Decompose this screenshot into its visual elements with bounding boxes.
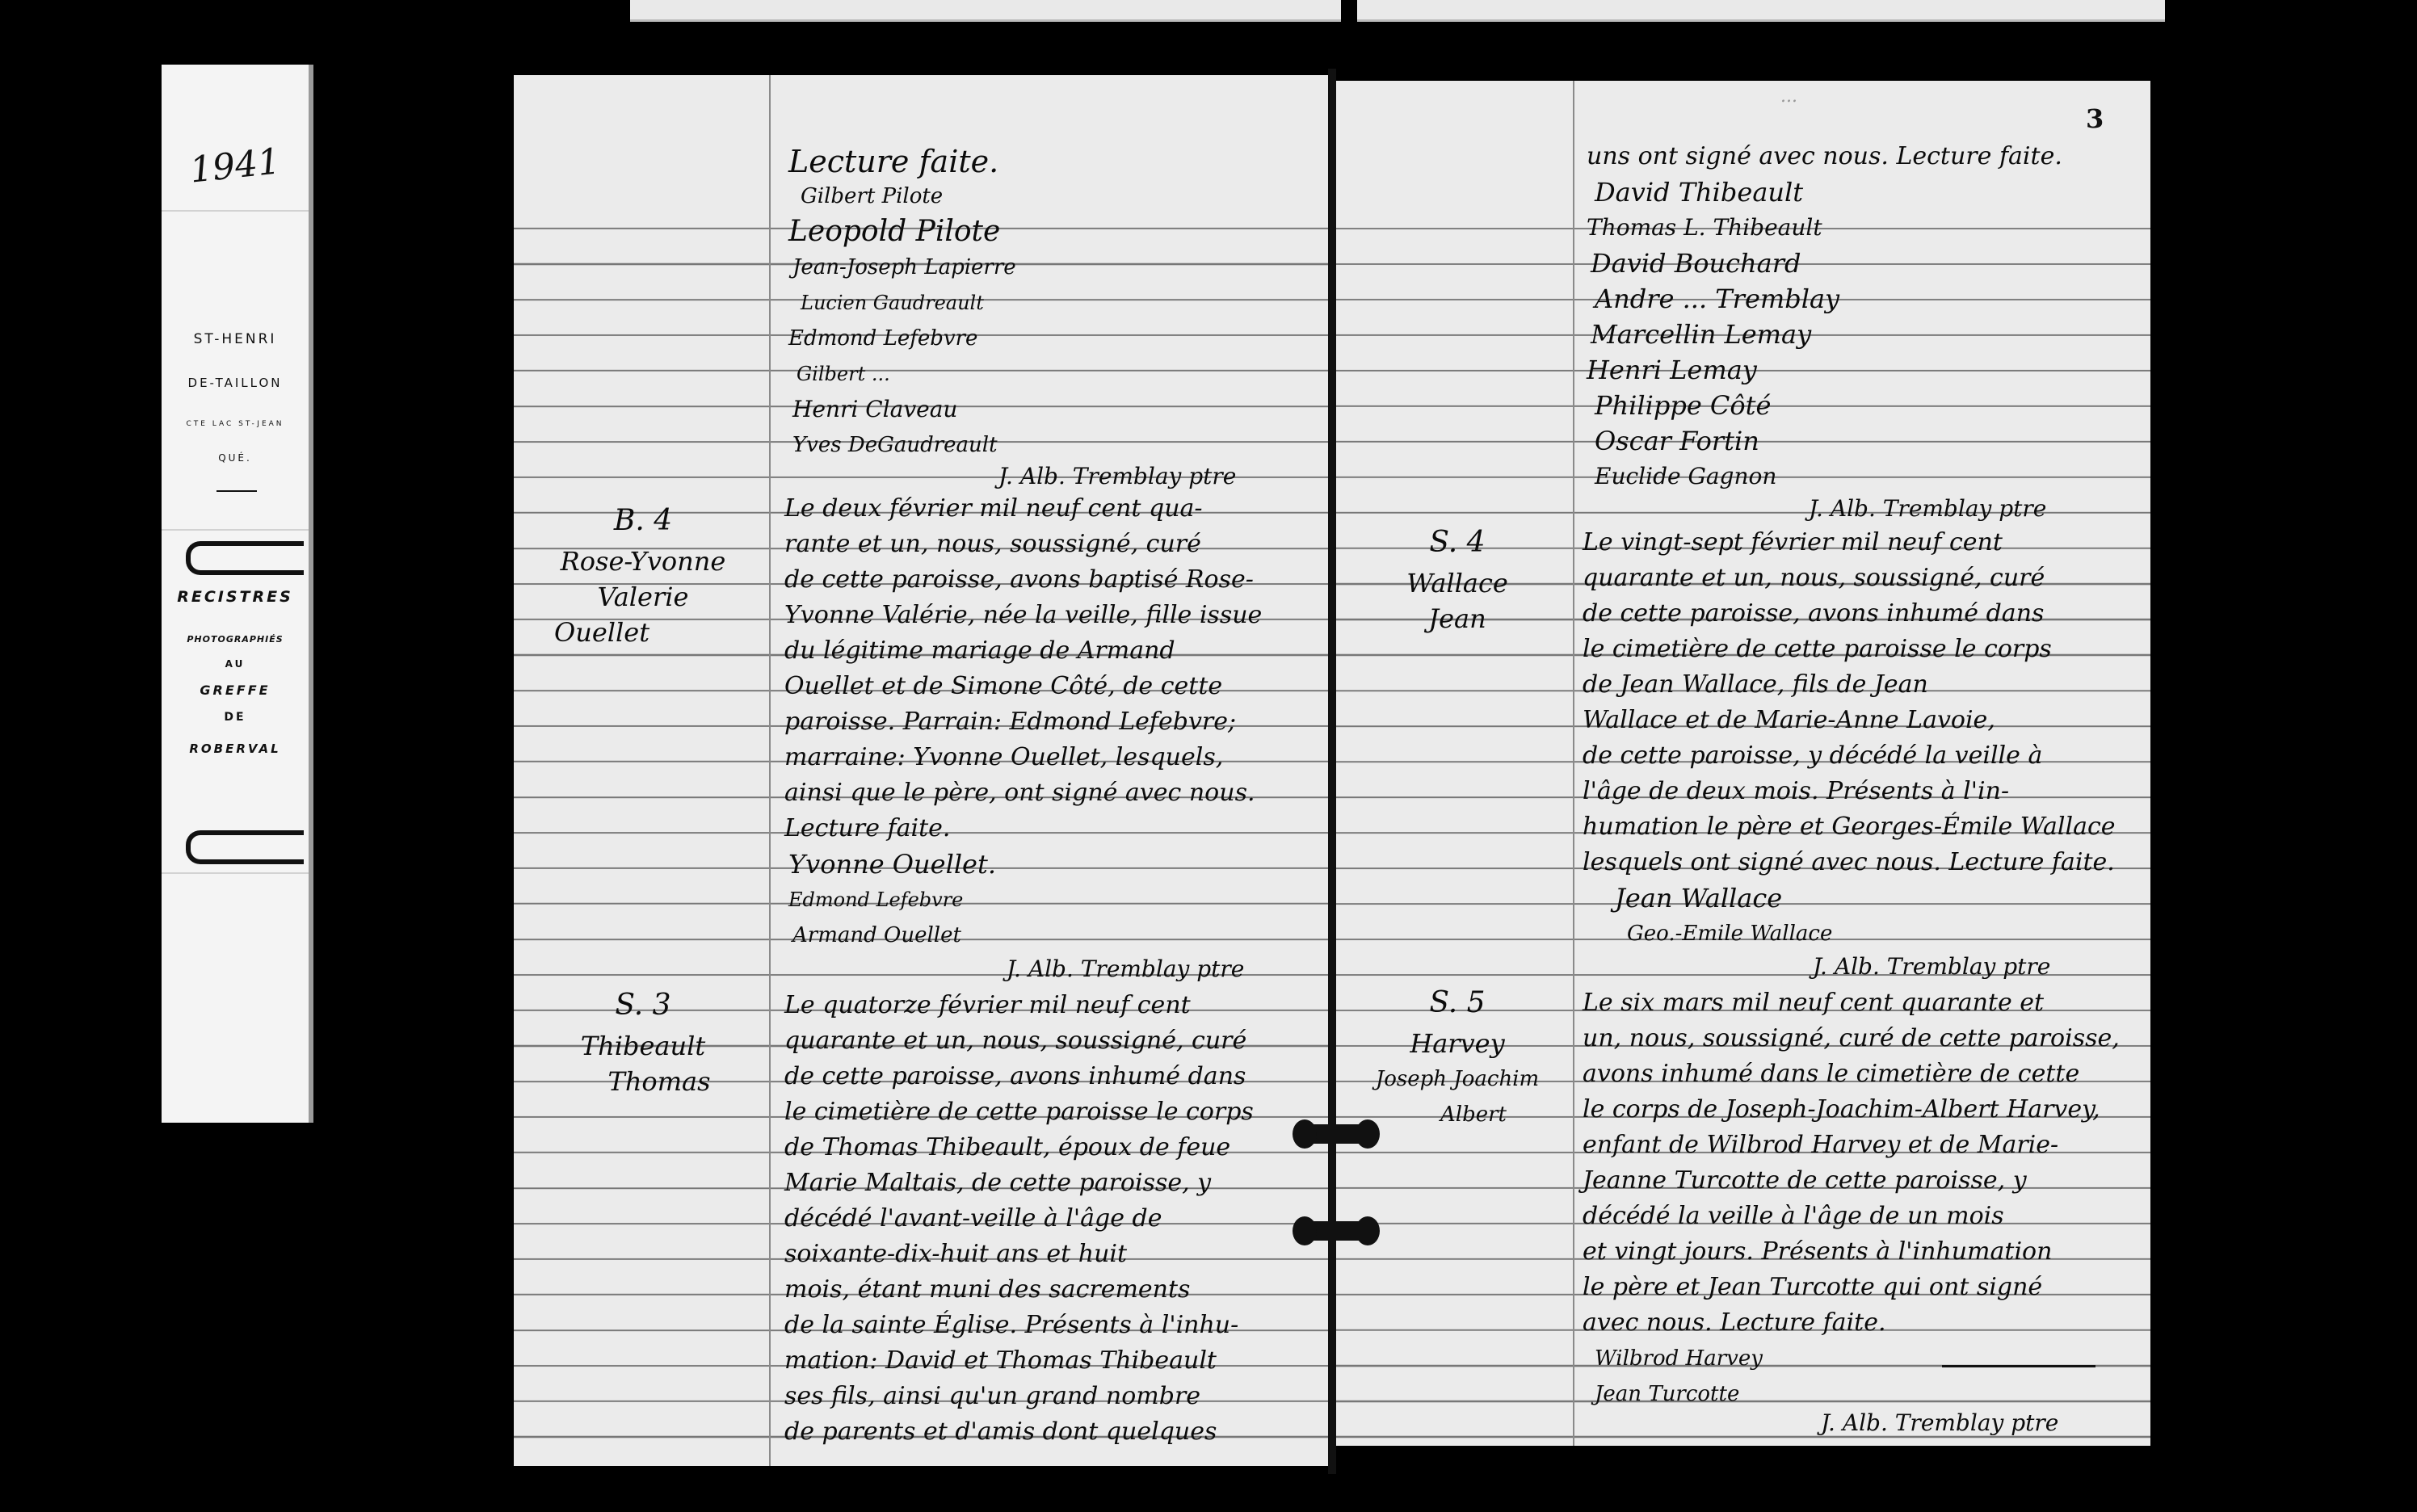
entry-line: de cette paroisse, avons inhumé dans <box>784 1059 1254 1094</box>
signature: Wilbrod Harvey <box>1595 1341 1763 1376</box>
entry-margin-name: Wallace <box>1352 565 1562 601</box>
label-year: 1941 <box>160 138 310 195</box>
entry-line: de Jean Wallace, fils de Jean <box>1583 667 2116 703</box>
archive-label-strip: 1941 ST-HENRI DE-TAILLON CTE LAC ST-JEAN… <box>162 65 313 1123</box>
entry-line: ses fils, ainsi qu'un grand nombre <box>784 1379 1254 1414</box>
entry-line: décédé l'avant-veille à l'âge de <box>784 1201 1254 1237</box>
signature: Gilbert ... <box>797 356 890 392</box>
label-parish-line: ST-HENRI <box>162 331 309 347</box>
entry-margin-name: Harvey <box>1344 1026 1570 1061</box>
entry-line: le père et Jean Turcotte qui ont signé <box>1583 1270 2120 1305</box>
signature: Edmond Lefebvre <box>788 321 977 356</box>
entry-line: Le vingt-sept février mil neuf cent <box>1583 525 2116 561</box>
signature: David Bouchard <box>1591 246 1801 281</box>
signature: Marcellin Lemay <box>1591 317 1811 352</box>
entry-line: Lecture faite. <box>784 811 1262 846</box>
entry-line: quarante et un, nous, soussigné, curé <box>784 1023 1254 1059</box>
signature: Henri Lemay <box>1587 352 1757 388</box>
entry-code: S. 3 <box>615 989 670 1022</box>
binding-clip-icon <box>1297 1124 1375 1144</box>
signature: Edmond Lefebvre <box>788 882 963 918</box>
entry-line: rante et un, nous, soussigné, curé <box>784 527 1262 562</box>
entry-body-s5: Le six mars mil neuf cent quarante et un… <box>1583 985 2120 1341</box>
signature: Jean-Joseph Lapierre <box>792 250 1016 285</box>
priest-signature: J. Alb. Tremblay ptre <box>998 459 1236 494</box>
closing-rule <box>1942 1365 2095 1367</box>
entry-margin-name: Jean <box>1352 601 1562 636</box>
entry-line: Yvonne Valérie, née la veille, fille iss… <box>784 598 1262 633</box>
label-parish-line: DE-TAILLON <box>162 376 309 390</box>
priest-signature: J. Alb. Tremblay ptre <box>1821 1405 2058 1441</box>
entry-line: Le deux février mil neuf cent qua- <box>784 491 1262 527</box>
entry-line: marraine: Yvonne Ouellet, lesquels, <box>784 740 1262 775</box>
signature: Oscar Fortin <box>1595 423 1759 459</box>
label-archive-line: ROBERVAL <box>162 741 309 756</box>
entry-line: l'âge de deux mois. Présents à l'in- <box>1583 774 2116 809</box>
paper-clip-icon <box>186 830 304 864</box>
signature: Armand Ouellet <box>792 918 961 953</box>
entry-line: Marie Maltais, de cette paroisse, y <box>784 1165 1254 1201</box>
entry-line: Le six mars mil neuf cent quarante et <box>1583 985 2120 1021</box>
signature: Henri Claveau <box>792 392 957 427</box>
binding-clip-icon <box>1297 1221 1375 1241</box>
entry-code: S. 4 <box>1429 526 1485 559</box>
signature: Thomas L. Thibeault <box>1587 210 1822 246</box>
entry-margin-b4: B. 4 Rose-Yvonne Valerie Ouellet <box>530 503 756 650</box>
priest-signature: J. Alb. Tremblay ptre <box>1809 491 2046 527</box>
entry-line: ainsi que le père, ont signé avec nous. <box>784 775 1262 811</box>
entry-body-s3: Le quatorze février mil neuf cent quaran… <box>784 988 1254 1450</box>
priest-signature: J. Alb. Tremblay ptre <box>1007 951 1244 987</box>
label-parish-line: CTE LAC ST-JEAN <box>162 420 309 428</box>
pencil-note: ... <box>1780 79 1797 115</box>
page-number: 3 <box>2086 103 2104 134</box>
entry-line: du légitime mariage de Armand <box>784 633 1262 669</box>
signature: Geo.-Emile Wallace <box>1627 916 1832 951</box>
entry-line: avons inhumé dans le cimetière de cette <box>1583 1056 2120 1092</box>
entry-line: quarante et un, nous, soussigné, curé <box>1583 561 2116 596</box>
entry-margin-name: Thomas <box>530 1064 756 1099</box>
signature: Jean Wallace <box>1615 880 1782 916</box>
signature: Gilbert Pilote <box>801 178 943 214</box>
entry-line: Wallace et de Marie-Anne Lavoie, <box>1583 703 2116 738</box>
entry-line: et vingt jours. Présents à l'inhumation <box>1583 1234 2120 1270</box>
entry-line: mois, étant muni des sacrements <box>784 1272 1254 1308</box>
signature: Yves DeGaudreault <box>792 427 998 463</box>
label-archive-line: AU <box>162 658 309 670</box>
entry-line: le cimetière de cette paroisse le corps <box>784 1094 1254 1130</box>
priest-signature: J. Alb. Tremblay ptre <box>1813 949 2050 985</box>
entry-line: paroisse. Parrain: Edmond Lefebvre; <box>784 704 1262 740</box>
entry-margin-name: Thibeault <box>530 1028 756 1064</box>
entry-line: Jeanne Turcotte de cette paroisse, y <box>1583 1163 2120 1199</box>
entry-line: humation le père et Georges-Émile Wallac… <box>1583 809 2116 845</box>
entry-line: de Thomas Thibeault, époux de feue <box>784 1130 1254 1165</box>
signature: Leopold Pilote <box>788 214 1000 250</box>
entry-line: mation: David et Thomas Thibeault <box>784 1343 1254 1379</box>
entry-margin-name: Rose-Yvonne <box>530 544 756 579</box>
entry-margin-name: Joseph Joachim <box>1344 1061 1570 1097</box>
signature: Jean Turcotte <box>1595 1376 1739 1412</box>
entry-line: enfant de Wilbrod Harvey et de Marie- <box>1583 1128 2120 1163</box>
previous-frame-left-page-edge <box>630 0 1341 22</box>
entry-code: B. 4 <box>614 504 672 537</box>
register-page-right: 3 ... uns ont signé avec nous. Lecture f… <box>1336 81 2150 1446</box>
entry-line: Le quatorze février mil neuf cent <box>784 988 1254 1023</box>
entry-line: le cimetière de cette paroisse le corps <box>1583 632 2116 667</box>
entry-margin-s3: S. 3 Thibeault Thomas <box>530 988 756 1099</box>
label-archive-line: DE <box>162 711 309 724</box>
handwritten-text: Lecture faite. <box>788 144 998 179</box>
previous-frame-right-page-edge <box>1357 0 2165 22</box>
signature: Philippe Côté <box>1595 388 1771 423</box>
entry-margin-s4: S. 4 Wallace Jean <box>1352 525 1562 636</box>
margin-rule <box>1573 81 1574 1446</box>
paper-clip-icon <box>186 541 304 575</box>
entry-line: un, nous, soussigné, curé de cette paroi… <box>1583 1021 2120 1056</box>
entry-line: lesquels ont signé avec nous. Lecture fa… <box>1583 845 2116 880</box>
signature: Lucien Gaudreault <box>801 285 984 321</box>
signature: Andre ... Tremblay <box>1595 281 1839 317</box>
entry-margin-name: Valerie <box>530 579 756 615</box>
entry-body-s4: Le vingt-sept février mil neuf cent quar… <box>1583 525 2116 880</box>
entry-line: avec nous. Lecture faite. <box>1583 1305 2120 1341</box>
label-archive-line: PHOTOGRAPHIÉS <box>162 634 309 645</box>
entry-margin-name: Ouellet <box>530 615 756 650</box>
book-gutter <box>1328 69 1336 1474</box>
label-parish-line: QUÉ. <box>162 452 309 464</box>
label-archive-line: GREFFE <box>162 682 309 698</box>
entry-line: de parents et d'amis dont quelques <box>784 1414 1254 1450</box>
signature: Euclide Gagnon <box>1595 459 1776 494</box>
label-archive-line: RECISTRES <box>162 588 309 606</box>
entry-line: de la sainte Église. Présents à l'inhu- <box>784 1308 1254 1343</box>
entry-code: S. 5 <box>1429 986 1485 1019</box>
entry-line: décédé la veille à l'âge de un mois <box>1583 1199 2120 1234</box>
entry-line: de cette paroisse, y décédé la veille à <box>1583 738 2116 774</box>
handwritten-text: uns ont signé avec nous. Lecture faite. <box>1587 139 2062 174</box>
register-page-left: Lecture faite. Gilbert Pilote Leopold Pi… <box>514 75 1331 1466</box>
entry-line: soixante-dix-huit ans et huit <box>784 1237 1254 1272</box>
signature: David Thibeault <box>1595 174 1803 210</box>
entry-line: de cette paroisse, avons inhumé dans <box>1583 596 2116 632</box>
signature: Yvonne Ouellet. <box>788 846 996 882</box>
entry-margin-s5: S. 5 Harvey Joseph Joachim Albert <box>1344 985 1570 1132</box>
entry-line: Ouellet et de Simone Côté, de cette <box>784 669 1262 704</box>
label-divider <box>216 490 257 492</box>
margin-rule <box>769 75 771 1466</box>
entry-line: de cette paroisse, avons baptisé Rose- <box>784 562 1262 598</box>
entry-line: le corps de Joseph-Joachim-Albert Harvey… <box>1583 1092 2120 1128</box>
entry-body-b4: Le deux février mil neuf cent qua- rante… <box>784 491 1262 846</box>
